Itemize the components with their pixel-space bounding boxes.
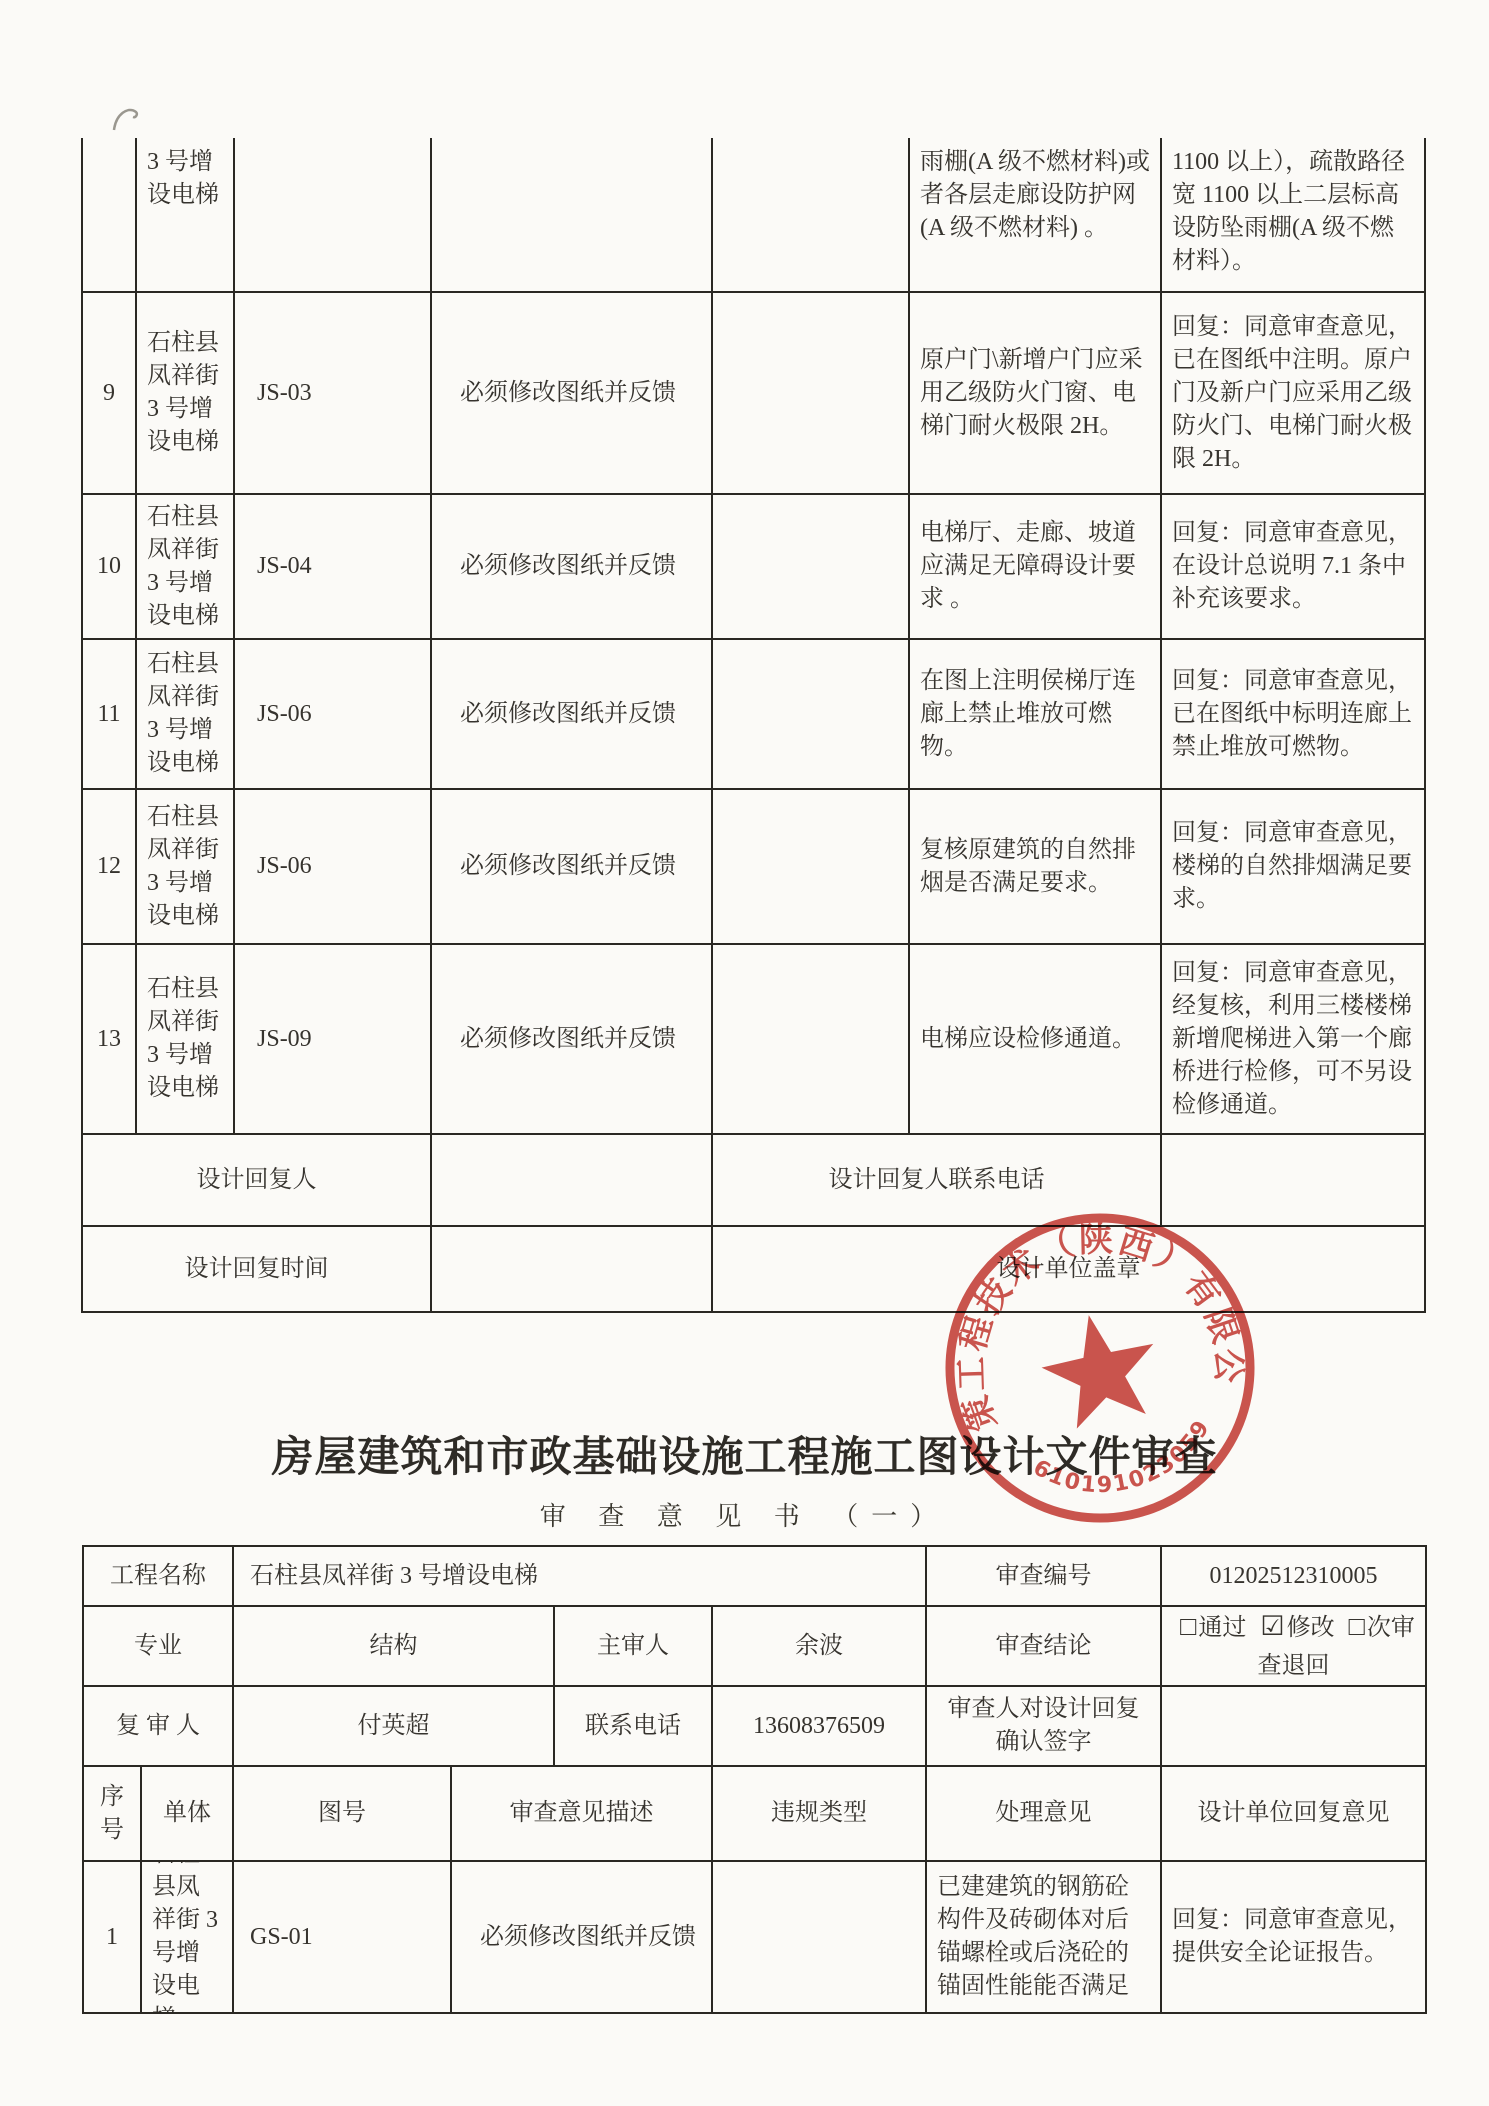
cell-violation-empty (713, 138, 910, 293)
table-row-12: 12 石柱县凤祥街 3 号增设电梯 JS-06 必须修改图纸并反馈 复核原建筑的… (81, 790, 1426, 945)
handling-text: 电梯厅、走廊、坡道应满足无障碍设计要求 。 (920, 517, 1150, 616)
handling-text: 已建建筑的钢筋砼构件及砖砌体对后锚螺栓或后浇砼的锚固性能能否满足 (937, 1871, 1150, 2003)
header-drawing-no: 图号 (234, 1767, 452, 1862)
cell-desc-empty (432, 138, 713, 293)
cell-opinion-desc: 必须修改图纸并反馈 (452, 1862, 713, 2014)
cell-design-reply: 回复：同意审查意见，楼梯的自然排烟满足要求。 (1162, 790, 1426, 945)
cell-violation-type (713, 293, 910, 495)
checkbox-pass-icon: □ (1180, 1611, 1196, 1641)
unit-text: 石柱县凤祥街 3 号增设电梯 (147, 973, 223, 1105)
checkbox-modify-label: 修改 (1287, 1615, 1335, 1641)
chief-value: 余波 (795, 1630, 843, 1663)
reply-text: 回复：同意审查意见，在设计总说明 7.1 条中补充该要求。 (1172, 517, 1414, 616)
reply-text: 回复：同意审查意见，经复核，利用三楼楼梯新增爬梯进入第一个廊桥进行检修，可不另设… (1172, 957, 1414, 1122)
row-major: 专业 结构 主审人 余波 审查结论 □通过 ☑修改 □次审查退回 (82, 1607, 1427, 1687)
checkbox-return-icon: □ (1349, 1611, 1365, 1641)
header-unit: 单体 (142, 1767, 234, 1862)
phone-value: 13608376509 (753, 1710, 885, 1743)
review-no-label: 审查编号 (996, 1560, 1092, 1593)
cell-design-reply: 回复：同意审查意见，已在图纸中标明连廊上禁止堆放可燃物。 (1162, 640, 1426, 790)
cell-chief-value: 余波 (713, 1607, 927, 1687)
cell-phone-value: 13608376509 (713, 1687, 927, 1767)
drawing-no-text: GS-01 (250, 1921, 313, 1954)
checkbox-modify-icon: ☑ (1260, 1611, 1284, 1641)
row-table-header: 序号 单体 图号 审查意见描述 违规类型 处理意见 设计单位回复意见 (82, 1767, 1427, 1862)
unit-text: 石柱县凤祥街 3 号增设电梯 (147, 327, 223, 459)
reply-time-label: 设计回复时间 (185, 1253, 329, 1286)
cell-unit: 石柱县凤祥街 3 号增设电梯 (137, 945, 235, 1135)
unit-text: 石柱县凤祥街 3 号增设电梯 (152, 1862, 222, 2014)
scan-artifact (108, 100, 148, 140)
chief-label: 主审人 (597, 1630, 669, 1663)
design-seal-label: 设计单位盖章 (997, 1253, 1141, 1286)
reply-text: 回复：同意审查意见，已在图纸中标明连廊上禁止堆放可燃物。 (1172, 665, 1414, 764)
phone-label: 联系电话 (585, 1710, 681, 1743)
drawing-no-text: JS-06 (257, 698, 312, 731)
cell-reply-phone-value (1162, 1135, 1426, 1227)
cell-reply-person-value (432, 1135, 713, 1227)
handling-text: 原户门\新增户门应采用乙级防火门窗、电梯门耐火极限 2H。 (920, 344, 1150, 443)
cell-handling: 雨棚(A 级不燃材料)或者各层走廊设防护网(A 级不燃材料) 。 (910, 138, 1162, 293)
table-row-reply-person: 设计回复人 设计回复人联系电话 (81, 1135, 1426, 1227)
reply-person-label: 设计回复人 (197, 1164, 317, 1197)
major-value: 结构 (370, 1630, 418, 1663)
cell-seq: 10 (83, 495, 137, 640)
cell-drawing-no: GS-01 (234, 1862, 452, 2014)
header-violation-text: 违规类型 (771, 1797, 867, 1830)
reviewer-label: 复 审 人 (116, 1710, 200, 1743)
scanned-review-document: 3 号增设电梯 雨棚(A 级不燃材料)或者各层走廊设防护网(A 级不燃材料) 。… (0, 0, 1489, 2106)
cell-violation-type (713, 495, 910, 640)
cell-handling: 在图上注明侯梯厅连廊上禁止堆放可燃物。 (910, 640, 1162, 790)
cell-seq: 1 (84, 1862, 142, 2014)
reviewer-value: 付英超 (358, 1710, 430, 1743)
cell-opinion-desc: 必须修改图纸并反馈 (432, 293, 713, 495)
cell-major-value: 结构 (234, 1607, 555, 1687)
seq-text: 12 (97, 850, 121, 883)
cell-unit: 石柱县凤祥街 3 号增设电梯 (137, 293, 235, 495)
cell-drawing-no: JS-06 (235, 790, 432, 945)
reply-text: 回复：同意审查意见，楼梯的自然排烟满足要求。 (1172, 817, 1414, 916)
cell-unit: 石柱县凤祥街 3 号增设电梯 (137, 790, 235, 945)
opinion-desc-text: 必须修改图纸并反馈 (460, 550, 676, 583)
unit-text: 石柱县凤祥街 3 号增设电梯 (147, 801, 223, 933)
cell-opinion-desc: 必须修改图纸并反馈 (432, 495, 713, 640)
review-opinion-table: 工程名称 石柱县凤祥街 3 号增设电梯 审查编号 01202512310005 … (82, 1545, 1427, 2014)
header-handling-text: 处理意见 (996, 1797, 1092, 1830)
drawing-no-text: JS-06 (257, 850, 312, 883)
conclusion-label: 审查结论 (996, 1630, 1092, 1663)
cell-handling: 复核原建筑的自然排烟是否满足要求。 (910, 790, 1162, 945)
seq-text: 1 (106, 1921, 118, 1954)
cell-design-reply: 回复：同意审查意见，提供安全论证报告。 (1162, 1862, 1427, 2014)
cell-seq: 9 (83, 293, 137, 495)
header-opinion-desc: 审查意见描述 (452, 1767, 713, 1862)
reply-text: 1100 以上），疏散路径宽 1100 以上二层标高设防坠雨棚(A 级不燃材料）… (1172, 146, 1414, 278)
cell-reply-time-value (432, 1227, 713, 1313)
table-row-carryover: 3 号增设电梯 雨棚(A 级不燃材料)或者各层走廊设防护网(A 级不燃材料) 。… (81, 138, 1426, 293)
cell-major-label: 专业 (84, 1607, 234, 1687)
cell-drawing-no: JS-06 (235, 640, 432, 790)
seq-text: 9 (103, 377, 115, 410)
cell-design-reply: 回复：同意审查意见，在设计总说明 7.1 条中补充该要求。 (1162, 495, 1426, 640)
cell-violation-type (713, 1862, 927, 2014)
cell-confirm-label: 审查人对设计回复确认签字 (927, 1687, 1162, 1767)
cell-conclusion-label: 审查结论 (927, 1607, 1162, 1687)
cell-drawing-empty (235, 138, 432, 293)
handling-text: 复核原建筑的自然排烟是否满足要求。 (920, 834, 1150, 900)
cell-design-reply: 1100 以上），疏散路径宽 1100 以上二层标高设防坠雨棚(A 级不燃材料）… (1162, 138, 1426, 293)
header-reply-text: 设计单位回复意见 (1198, 1797, 1390, 1830)
opinion-desc-text: 必须修改图纸并反馈 (460, 850, 676, 883)
reply-text: 回复：同意审查意见，提供安全论证报告。 (1172, 1904, 1415, 1970)
cell-handling: 原户门\新增户门应采用乙级防火门窗、电梯门耐火极限 2H。 (910, 293, 1162, 495)
cell-violation-type (713, 640, 910, 790)
cell-unit: 石柱县凤祥街 3 号增设电梯 (137, 640, 235, 790)
cell-opinion-desc: 必须修改图纸并反馈 (432, 790, 713, 945)
header-handling: 处理意见 (927, 1767, 1162, 1862)
cell-design-reply: 回复：同意审查意见，经复核，利用三楼楼梯新增爬梯进入第一个廊桥进行检修，可不另设… (1162, 945, 1426, 1135)
review-no-value: 01202512310005 (1210, 1560, 1378, 1593)
unit-text: 石柱县凤祥街 3 号增设电梯 (147, 501, 223, 633)
cell-confirm-sign-empty (1162, 1687, 1427, 1767)
cell-violation-type (713, 790, 910, 945)
cell-handling: 电梯应设检修通道。 (910, 945, 1162, 1135)
drawing-no-text: JS-09 (257, 1023, 312, 1056)
handling-text: 雨棚(A 级不燃材料)或者各层走廊设防护网(A 级不燃材料) 。 (920, 146, 1150, 245)
table-row-reply-time: 设计回复时间 设计单位盖章 (81, 1227, 1426, 1313)
seq-text: 13 (97, 1023, 121, 1056)
header-seq: 序号 (84, 1767, 142, 1862)
cell-seq: 11 (83, 640, 137, 790)
opinion-desc-text: 必须修改图纸并反馈 (460, 1023, 676, 1056)
header-drawing-text: 图号 (318, 1797, 366, 1830)
cell-project-label: 工程名称 (84, 1547, 234, 1607)
cell-reviewer-label: 复 审 人 (84, 1687, 234, 1767)
table-row-10: 10 石柱县凤祥街 3 号增设电梯 JS-04 必须修改图纸并反馈 电梯厅、走廊… (81, 495, 1426, 640)
header-desc-text: 审查意见描述 (510, 1797, 654, 1830)
header-seq-text: 序号 (94, 1781, 130, 1847)
cell-opinion-desc: 必须修改图纸并反馈 (432, 640, 713, 790)
unit-text: 3 号增设电梯 (147, 146, 223, 212)
cell-violation-type (713, 945, 910, 1135)
review-table-continued: 3 号增设电梯 雨棚(A 级不燃材料)或者各层走廊设防护网(A 级不燃材料) 。… (81, 138, 1426, 1313)
reply-phone-label: 设计回复人联系电话 (829, 1164, 1045, 1197)
cell-unit: 石柱县凤祥街 3 号增设电梯 (137, 495, 235, 640)
project-label: 工程名称 (110, 1560, 206, 1593)
seq-text: 10 (97, 550, 121, 583)
cell-review-no-value: 01202512310005 (1162, 1547, 1427, 1607)
cell-drawing-no: JS-03 (235, 293, 432, 495)
cell-reviewer-value: 付英超 (234, 1687, 555, 1767)
row-reviewer: 复 审 人 付英超 联系电话 13608376509 审查人对设计回复确认签字 (82, 1687, 1427, 1767)
row-project-name: 工程名称 石柱县凤祥街 3 号增设电梯 审查编号 01202512310005 (82, 1547, 1427, 1607)
cell-seq: 13 (83, 945, 137, 1135)
opinion-desc-text: 必须修改图纸并反馈 (460, 698, 676, 731)
seq-text: 11 (97, 698, 120, 731)
reply-text: 回复：同意审查意见，已在图纸中注明。原户门及新户门应采用乙级防火门、电梯门耐火极… (1172, 311, 1414, 476)
major-label: 专业 (134, 1630, 182, 1663)
cell-drawing-no: JS-04 (235, 495, 432, 640)
checkbox-pass-label: 通过 (1198, 1615, 1246, 1641)
cell-seq: 12 (83, 790, 137, 945)
cell-drawing-no: JS-09 (235, 945, 432, 1135)
table-row-9: 9 石柱县凤祥街 3 号增设电梯 JS-03 必须修改图纸并反馈 原户门\新增户… (81, 293, 1426, 495)
cell-design-seal-label: 设计单位盖章 (713, 1227, 1426, 1313)
cell-chief-label: 主审人 (555, 1607, 713, 1687)
cell-opinion-desc: 必须修改图纸并反馈 (432, 945, 713, 1135)
cell-reply-time-label: 设计回复时间 (83, 1227, 432, 1313)
cell-seq-empty (83, 138, 137, 293)
cell-unit: 石柱县凤祥街 3 号增设电梯 (142, 1862, 234, 2014)
cell-project-value: 石柱县凤祥街 3 号增设电梯 (234, 1547, 927, 1607)
cell-reply-phone-label: 设计回复人联系电话 (713, 1135, 1162, 1227)
project-value: 石柱县凤祥街 3 号增设电梯 (250, 1560, 538, 1593)
cell-handling: 电梯厅、走廊、坡道应满足无障碍设计要求 。 (910, 495, 1162, 640)
drawing-no-text: JS-04 (257, 550, 312, 583)
seal-star-icon (1033, 1303, 1167, 1433)
header-violation-type: 违规类型 (713, 1767, 927, 1862)
table-row-11: 11 石柱县凤祥街 3 号增设电梯 JS-06 必须修改图纸并反馈 在图上注明侯… (81, 640, 1426, 790)
handling-text: 电梯应设检修通道。 (920, 1023, 1136, 1056)
page-subtitle: 审 查 意 见 书 （一） (0, 1496, 1489, 1533)
table-row-13: 13 石柱县凤祥街 3 号增设电梯 JS-09 必须修改图纸并反馈 电梯应设检修… (81, 945, 1426, 1135)
cell-handling: 已建建筑的钢筋砼构件及砖砌体对后锚螺栓或后浇砼的锚固性能能否满足 (927, 1862, 1162, 2014)
cell-design-reply: 回复：同意审查意见，已在图纸中注明。原户门及新户门应采用乙级防火门、电梯门耐火极… (1162, 293, 1426, 495)
opinion-desc-text: 必须修改图纸并反馈 (460, 377, 676, 410)
page-title: 房屋建筑和市政基础设施工程施工图设计文件审查 (0, 1424, 1489, 1484)
handling-text: 在图上注明侯梯厅连廊上禁止堆放可燃物。 (920, 665, 1150, 764)
cell-unit: 3 号增设电梯 (137, 138, 235, 293)
header-unit-text: 单体 (163, 1797, 211, 1830)
opinion-desc-text: 必须修改图纸并反馈 (480, 1921, 696, 1954)
confirm-sign-label: 审查人对设计回复确认签字 (937, 1693, 1150, 1759)
header-design-reply: 设计单位回复意见 (1162, 1767, 1427, 1862)
table-row-1: 1 石柱县凤祥街 3 号增设电梯 GS-01 必须修改图纸并反馈 已建建筑的钢筋… (82, 1862, 1427, 2014)
unit-text: 石柱县凤祥街 3 号增设电梯 (147, 648, 223, 780)
cell-phone-label: 联系电话 (555, 1687, 713, 1767)
cell-reply-person-label: 设计回复人 (83, 1135, 432, 1227)
conclusion-checkboxes: □通过 ☑修改 □次审查退回 (1172, 1607, 1415, 1685)
drawing-no-text: JS-03 (257, 377, 312, 410)
cell-review-no-label: 审查编号 (927, 1547, 1162, 1607)
cell-conclusion-options: □通过 ☑修改 □次审查退回 (1162, 1607, 1427, 1687)
